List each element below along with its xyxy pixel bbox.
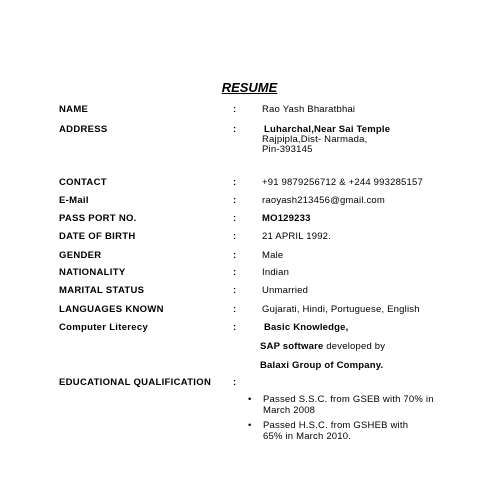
label-languages: LANGUAGES KNOWN [59,304,164,315]
colon: : [233,250,236,261]
value-gender: Male [262,250,283,261]
colon: : [233,285,236,296]
value-marital-status: Unmarried [262,285,308,296]
value-languages: Gujarati, Hindi, Portuguese, English [262,304,420,315]
label-gender: GENDER [59,250,101,261]
sap-rest: developed by [323,341,385,352]
colon: : [233,377,236,388]
resume-title: RESUME [0,80,495,95]
value-company: Balaxi Group of Company. [260,360,383,371]
bullet-icon: • [248,394,251,405]
colon: : [233,322,236,333]
colon: : [233,231,236,242]
value-nationality: Indian [262,267,289,278]
label-marital-status: MARITAL STATUS [59,285,144,296]
bullet-icon: • [248,420,251,431]
colon: : [233,195,236,206]
value-passport: MO129233 [262,213,311,224]
colon: : [233,213,236,224]
education-text: Passed H.S.C. from GSHEB with 65% in Mar… [263,420,421,442]
value-dob: 21 APRIL 1992. [262,231,331,242]
label-nationality: NATIONALITY [59,267,125,278]
label-dob: DATE OF BIRTH [59,231,136,242]
value-name: Rao Yash Bharatbhai [262,104,355,115]
colon: : [233,304,236,315]
label-address: ADDRESS [59,124,108,135]
label-name: NAME [59,104,88,115]
value-address-line3: Pin-393145 [262,144,313,155]
education-text: Passed S.S.C. from GSEB with 70% in Marc… [263,394,453,416]
resume-title-text: RESUME [222,80,278,95]
value-email: raoyash213456@gmail.com [262,195,385,206]
label-passport: PASS PORT NO. [59,213,137,224]
colon: : [233,124,236,135]
sap-bold: SAP software [260,341,323,352]
colon: : [233,104,236,115]
value-computer-literacy: Basic Knowledge, [264,322,349,333]
label-education: EDUCATIONAL QUALIFICATION [59,377,211,388]
colon: : [233,267,236,278]
label-contact: CONTACT [59,177,107,188]
value-contact: +91 9879256712 & +244 993285157 [262,177,423,188]
value-sap: SAP software developed by [260,341,385,352]
label-email: E-Mail [59,195,89,206]
colon: : [233,177,236,188]
label-computer-literacy: Computer Literecy [59,322,148,333]
